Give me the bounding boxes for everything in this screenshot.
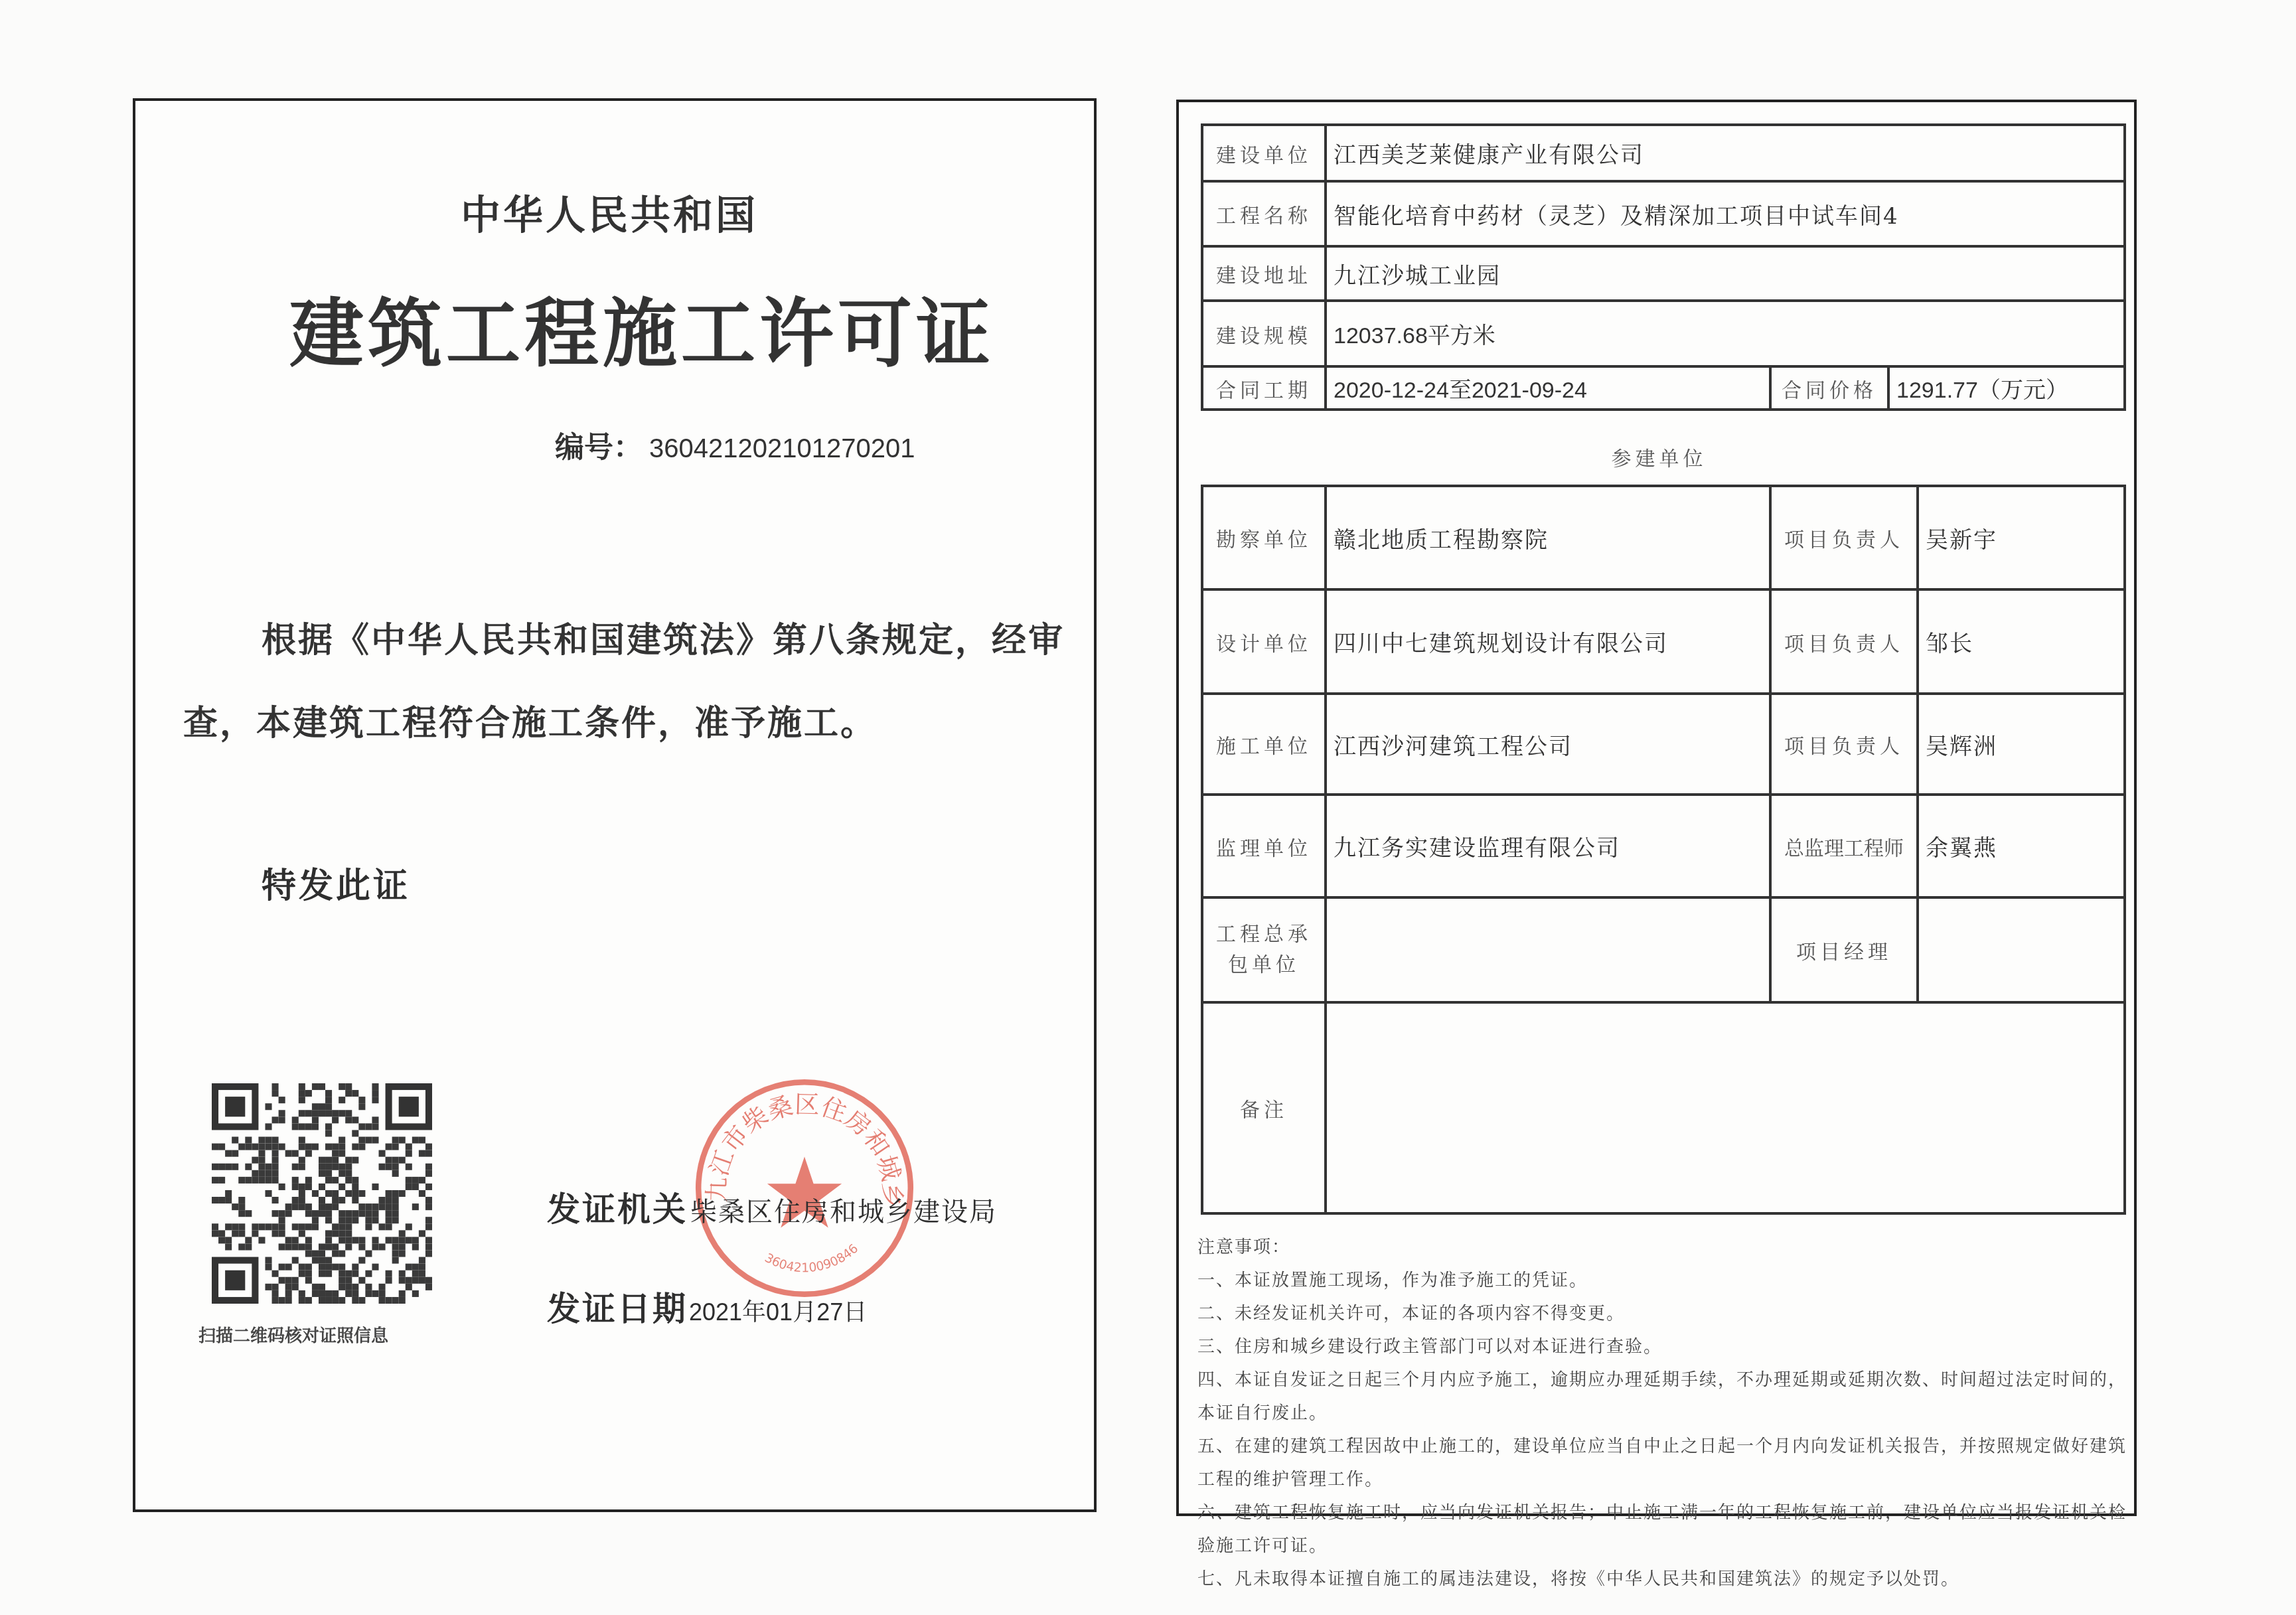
unit-role-label: 施工单位 — [1202, 694, 1326, 795]
note-item: 一、本证放置施工现场，作为准予施工的凭证。 — [1197, 1264, 2127, 1297]
address-label: 建设地址 — [1202, 246, 1326, 301]
construction-unit-label: 建设单位 — [1202, 125, 1326, 181]
project-name-label: 工程名称 — [1202, 181, 1326, 246]
person-role-label: 总监理工程师 — [1770, 795, 1918, 897]
unit-name-value: 赣北地质工程勘察院 — [1326, 486, 1770, 589]
construction-unit-value: 江西美芝莱健康产业有限公司 — [1326, 125, 2125, 181]
table-row: 监理单位九江务实建设监理有限公司总监理工程师余翼燕 — [1202, 795, 2125, 897]
table-row: 备注 — [1202, 1002, 2125, 1213]
permit-statement-line-2: 查，本建筑工程符合施工条件，准予施工。 — [183, 695, 877, 745]
issue-date-label: 发证日期 — [547, 1289, 688, 1328]
issuing-authority: 发证机关柴桑区住房和城乡建设局 — [547, 1183, 997, 1231]
table-row: 建设地址 九江沙城工业园 — [1202, 246, 2125, 301]
project-info-table: 建设单位 江西美芝莱健康产业有限公司 工程名称 智能化培育中药材（灵芝）及精深加… — [1201, 123, 2126, 411]
participating-units-table: 勘察单位赣北地质工程勘察院项目负责人吴新宇设计单位四川中七建筑规划设计有限公司项… — [1201, 485, 2126, 1215]
price-value: 1291.77（万元） — [1888, 366, 2125, 410]
note-item: 四、本证自发证之日起三个月内应予施工，逾期应办理延期手续，不办理延期或延期次数、… — [1197, 1363, 2127, 1430]
table-row: 设计单位四川中七建筑规划设计有限公司项目负责人邹长 — [1202, 589, 2125, 694]
unit-name-value: 九江务实建设监理有限公司 — [1326, 795, 1770, 897]
participating-units-caption: 参建单位 — [1179, 442, 2139, 471]
unit-name-value — [1326, 897, 1770, 1002]
table-row: 工程总承包单位项目经理 — [1202, 897, 2125, 1002]
period-label: 合同工期 — [1202, 366, 1326, 410]
remarks-label: 备注 — [1202, 1002, 1326, 1213]
special-issue-text: 特发此证 — [262, 858, 410, 907]
permit-number-line: 编号：360421202101270201 — [555, 423, 915, 466]
note-item: 七、凡未取得本证擅自施工的属违法建设，将按《中华人民共和国建筑法》的规定予以处罚… — [1197, 1563, 2127, 1596]
permit-cover-page: 中华人民共和国 建筑工程施工许可证 编号：360421202101270201 … — [133, 98, 1097, 1512]
notes-title: 注意事项： — [1197, 1231, 2127, 1264]
unit-role-label: 监理单位 — [1202, 795, 1326, 897]
scale-value: 12037.68平方米 — [1326, 301, 2125, 366]
person-name-value: 余翼燕 — [1918, 795, 2125, 897]
person-role-label: 项目经理 — [1770, 897, 1918, 1002]
permit-number-label: 编号： — [555, 431, 643, 465]
person-name-value: 吴辉洲 — [1918, 694, 2125, 795]
period-value: 2020-12-24至2021-09-24 — [1326, 366, 1770, 410]
price-label: 合同价格 — [1770, 366, 1888, 410]
issue-date: 发证日期2021年01月27日 — [547, 1282, 867, 1330]
issuing-authority-label: 发证机关 — [547, 1190, 688, 1229]
note-item: 六、建筑工程恢复施工时，应当向发证机关报告；中止施工满一年的工程恢复施工前，建设… — [1197, 1496, 2127, 1563]
person-role-label: 项目负责人 — [1770, 486, 1918, 589]
svg-text:3604210090846: 3604210090846 — [762, 1242, 861, 1276]
person-role-label: 项目负责人 — [1770, 694, 1918, 795]
notes-section: 注意事项： 一、本证放置施工现场，作为准予施工的凭证。二、未经发证机关许可，本证… — [1197, 1231, 2127, 1596]
project-name-value: 智能化培育中药材（灵芝）及精深加工项目中试车间4 — [1326, 181, 2125, 246]
person-role-label: 项目负责人 — [1770, 589, 1918, 694]
note-item: 五、在建的建筑工程因故中止施工的，建设单位应当自中止之日起一个月内向发证机关报告… — [1197, 1430, 2127, 1496]
table-row: 建设规模 12037.68平方米 — [1202, 301, 2125, 366]
unit-role-label: 勘察单位 — [1202, 486, 1326, 589]
remarks-value — [1326, 1002, 2125, 1213]
table-row: 工程名称 智能化培育中药材（灵芝）及精深加工项目中试车间4 — [1202, 181, 2125, 246]
table-row: 建设单位 江西美芝莱健康产业有限公司 — [1202, 125, 2125, 181]
table-row: 施工单位江西沙河建筑工程公司项目负责人吴辉洲 — [1202, 694, 2125, 795]
permit-title: 建筑工程施工许可证 — [289, 275, 994, 382]
permit-details-page: 建设单位 江西美芝莱健康产业有限公司 工程名称 智能化培育中药材（灵芝）及精深加… — [1176, 100, 2137, 1516]
qr-code-icon[interactable] — [212, 1083, 432, 1304]
unit-role-label: 工程总承包单位 — [1202, 897, 1326, 1002]
country-heading: 中华人民共和国 — [461, 184, 758, 241]
person-name-value: 邹长 — [1918, 589, 2125, 694]
issue-date-value: 2021年01月27日 — [689, 1298, 867, 1326]
scale-label: 建设规模 — [1202, 301, 1326, 366]
notes-list: 一、本证放置施工现场，作为准予施工的凭证。二、未经发证机关许可，本证的各项内容不… — [1197, 1264, 2127, 1596]
unit-role-label: 设计单位 — [1202, 589, 1326, 694]
note-item: 三、住房和城乡建设行政主管部门可以对本证进行查验。 — [1197, 1330, 2127, 1363]
person-name-value: 吴新宇 — [1918, 486, 2125, 589]
person-name-value — [1918, 897, 2125, 1002]
table-row: 勘察单位赣北地质工程勘察院项目负责人吴新宇 — [1202, 486, 2125, 589]
address-value: 九江沙城工业园 — [1326, 246, 2125, 301]
qr-caption: 扫描二维码核对证照信息 — [198, 1322, 388, 1347]
note-item: 二、未经发证机关许可，本证的各项内容不得变更。 — [1197, 1297, 2127, 1330]
unit-name-value: 江西沙河建筑工程公司 — [1326, 694, 1770, 795]
permit-number: 360421202101270201 — [649, 434, 915, 463]
permit-statement-line-1: 根据《中华人民共和国建筑法》第八条规定，经审 — [262, 612, 1065, 662]
table-row: 合同工期 2020-12-24至2021-09-24 合同价格 1291.77（… — [1202, 366, 2125, 410]
unit-name-value: 四川中七建筑规划设计有限公司 — [1326, 589, 1770, 694]
issuing-authority-value: 柴桑区住房和城乡建设局 — [690, 1197, 997, 1227]
